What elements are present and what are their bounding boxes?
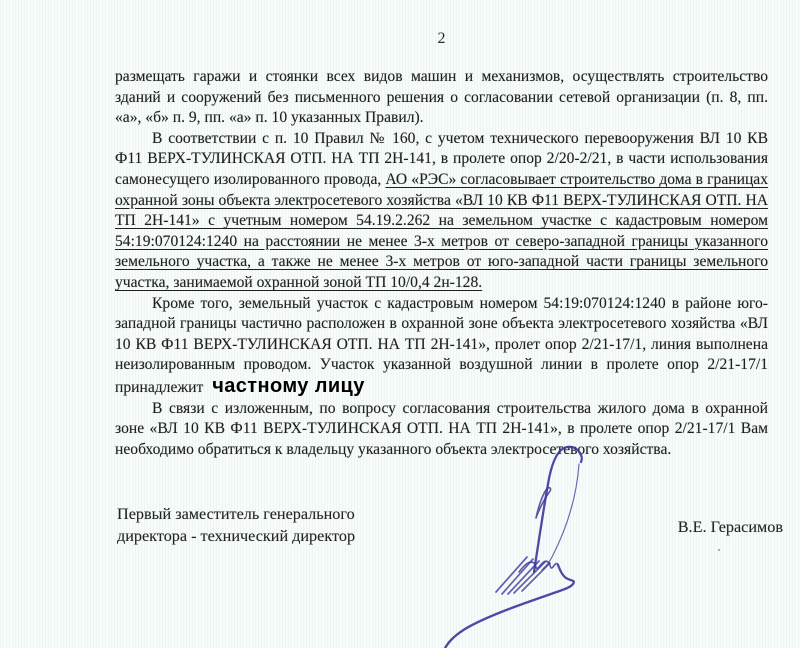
scan-speck [718, 549, 720, 551]
text-segment-bold-insert: частному лицу [212, 375, 365, 397]
paragraph: размещать гаражи и стоянки всех видов ма… [115, 67, 768, 129]
signoff-name: В.Е. Герасимов [678, 518, 783, 537]
page-number: 2 [115, 30, 768, 48]
text-segment-normal: размещать гаражи и стоянки всех видов ма… [115, 68, 768, 126]
signoff-title: Первый заместитель генерального директор… [117, 503, 437, 547]
body-text: размещать гаражи и стоянки всех видов ма… [115, 67, 768, 460]
signoff-title-line1: Первый заместитель генерального [117, 503, 437, 525]
paragraph: Кроме того, земельный участок с кадастро… [115, 294, 768, 399]
scanned-letter-page: 2 размещать гаражи и стоянки всех видов … [0, 0, 800, 648]
paragraph: В соответствии с п. 10 Правил № 160, с у… [115, 129, 768, 294]
text-segment-underline: АО «РЭС» согласовывает строительство дом… [115, 171, 768, 291]
handwritten-signature [435, 440, 600, 648]
signoff-title-line2: директора - технический директор [117, 525, 437, 547]
